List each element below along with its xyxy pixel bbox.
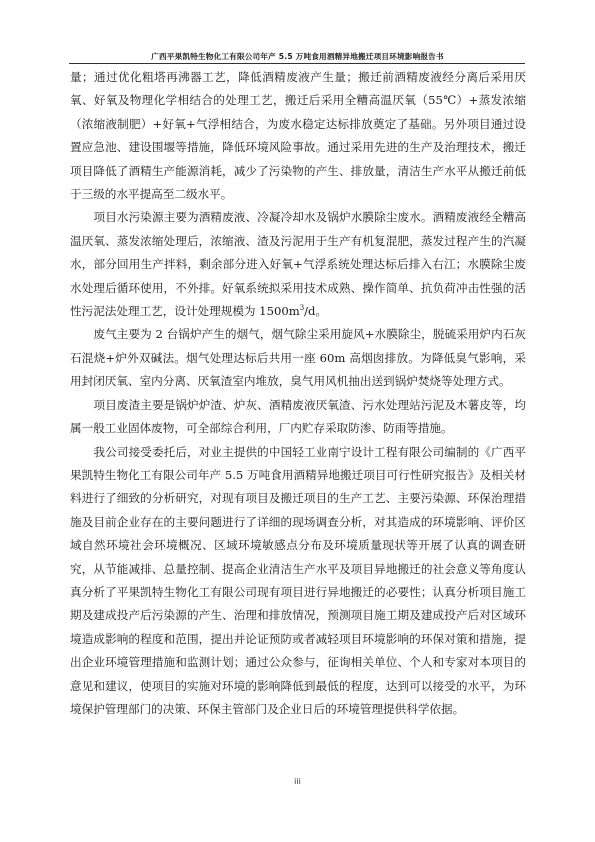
paragraph-waste-gas: 废气主要为 2 台锅炉产生的烟气，烟气除尘采用旋风+水膜除尘，脱硫采用炉内石灰石… — [70, 323, 526, 393]
paragraph-assessment-work: 我公司接受委托后，对业主提供的中国轻工业南宁设计工程有限公司编制的《广西平果凯特… — [70, 441, 526, 722]
paragraph-solid-waste: 项目废渣主要是锅炉炉渣、炉灰、酒精废液厌氧渣、污水处理站污泥及木薯皮等，均属一般… — [70, 394, 526, 441]
header-divider — [69, 63, 525, 64]
paragraph-cleaner-production: 量；通过优化粗塔再沸器工艺，降低酒精废液产生量；搬迁前酒精废液经分离后采用厌氧、… — [70, 66, 526, 206]
paragraph-text: /d。 — [304, 304, 327, 318]
paragraph-text: 项目水污染源主要为酒精废液、冷凝冷却水及锅炉水膜除尘废水。酒精废液经全糟高温厌氧… — [70, 210, 526, 318]
page-number: iii — [0, 777, 595, 786]
document-body: 量；通过优化粗塔再沸器工艺，降低酒精废液产生量；搬迁前酒精废液经分离后采用厌氧、… — [70, 66, 526, 721]
paragraph-water-pollution: 项目水污染源主要为酒精废液、冷凝冷却水及锅炉水膜除尘废水。酒精废液经全糟高温厌氧… — [70, 206, 526, 323]
running-header: 广西平果凯特生物化工有限公司年产 5.5 万吨食用酒精异地搬迁项目环境影响报告书 — [70, 51, 525, 62]
